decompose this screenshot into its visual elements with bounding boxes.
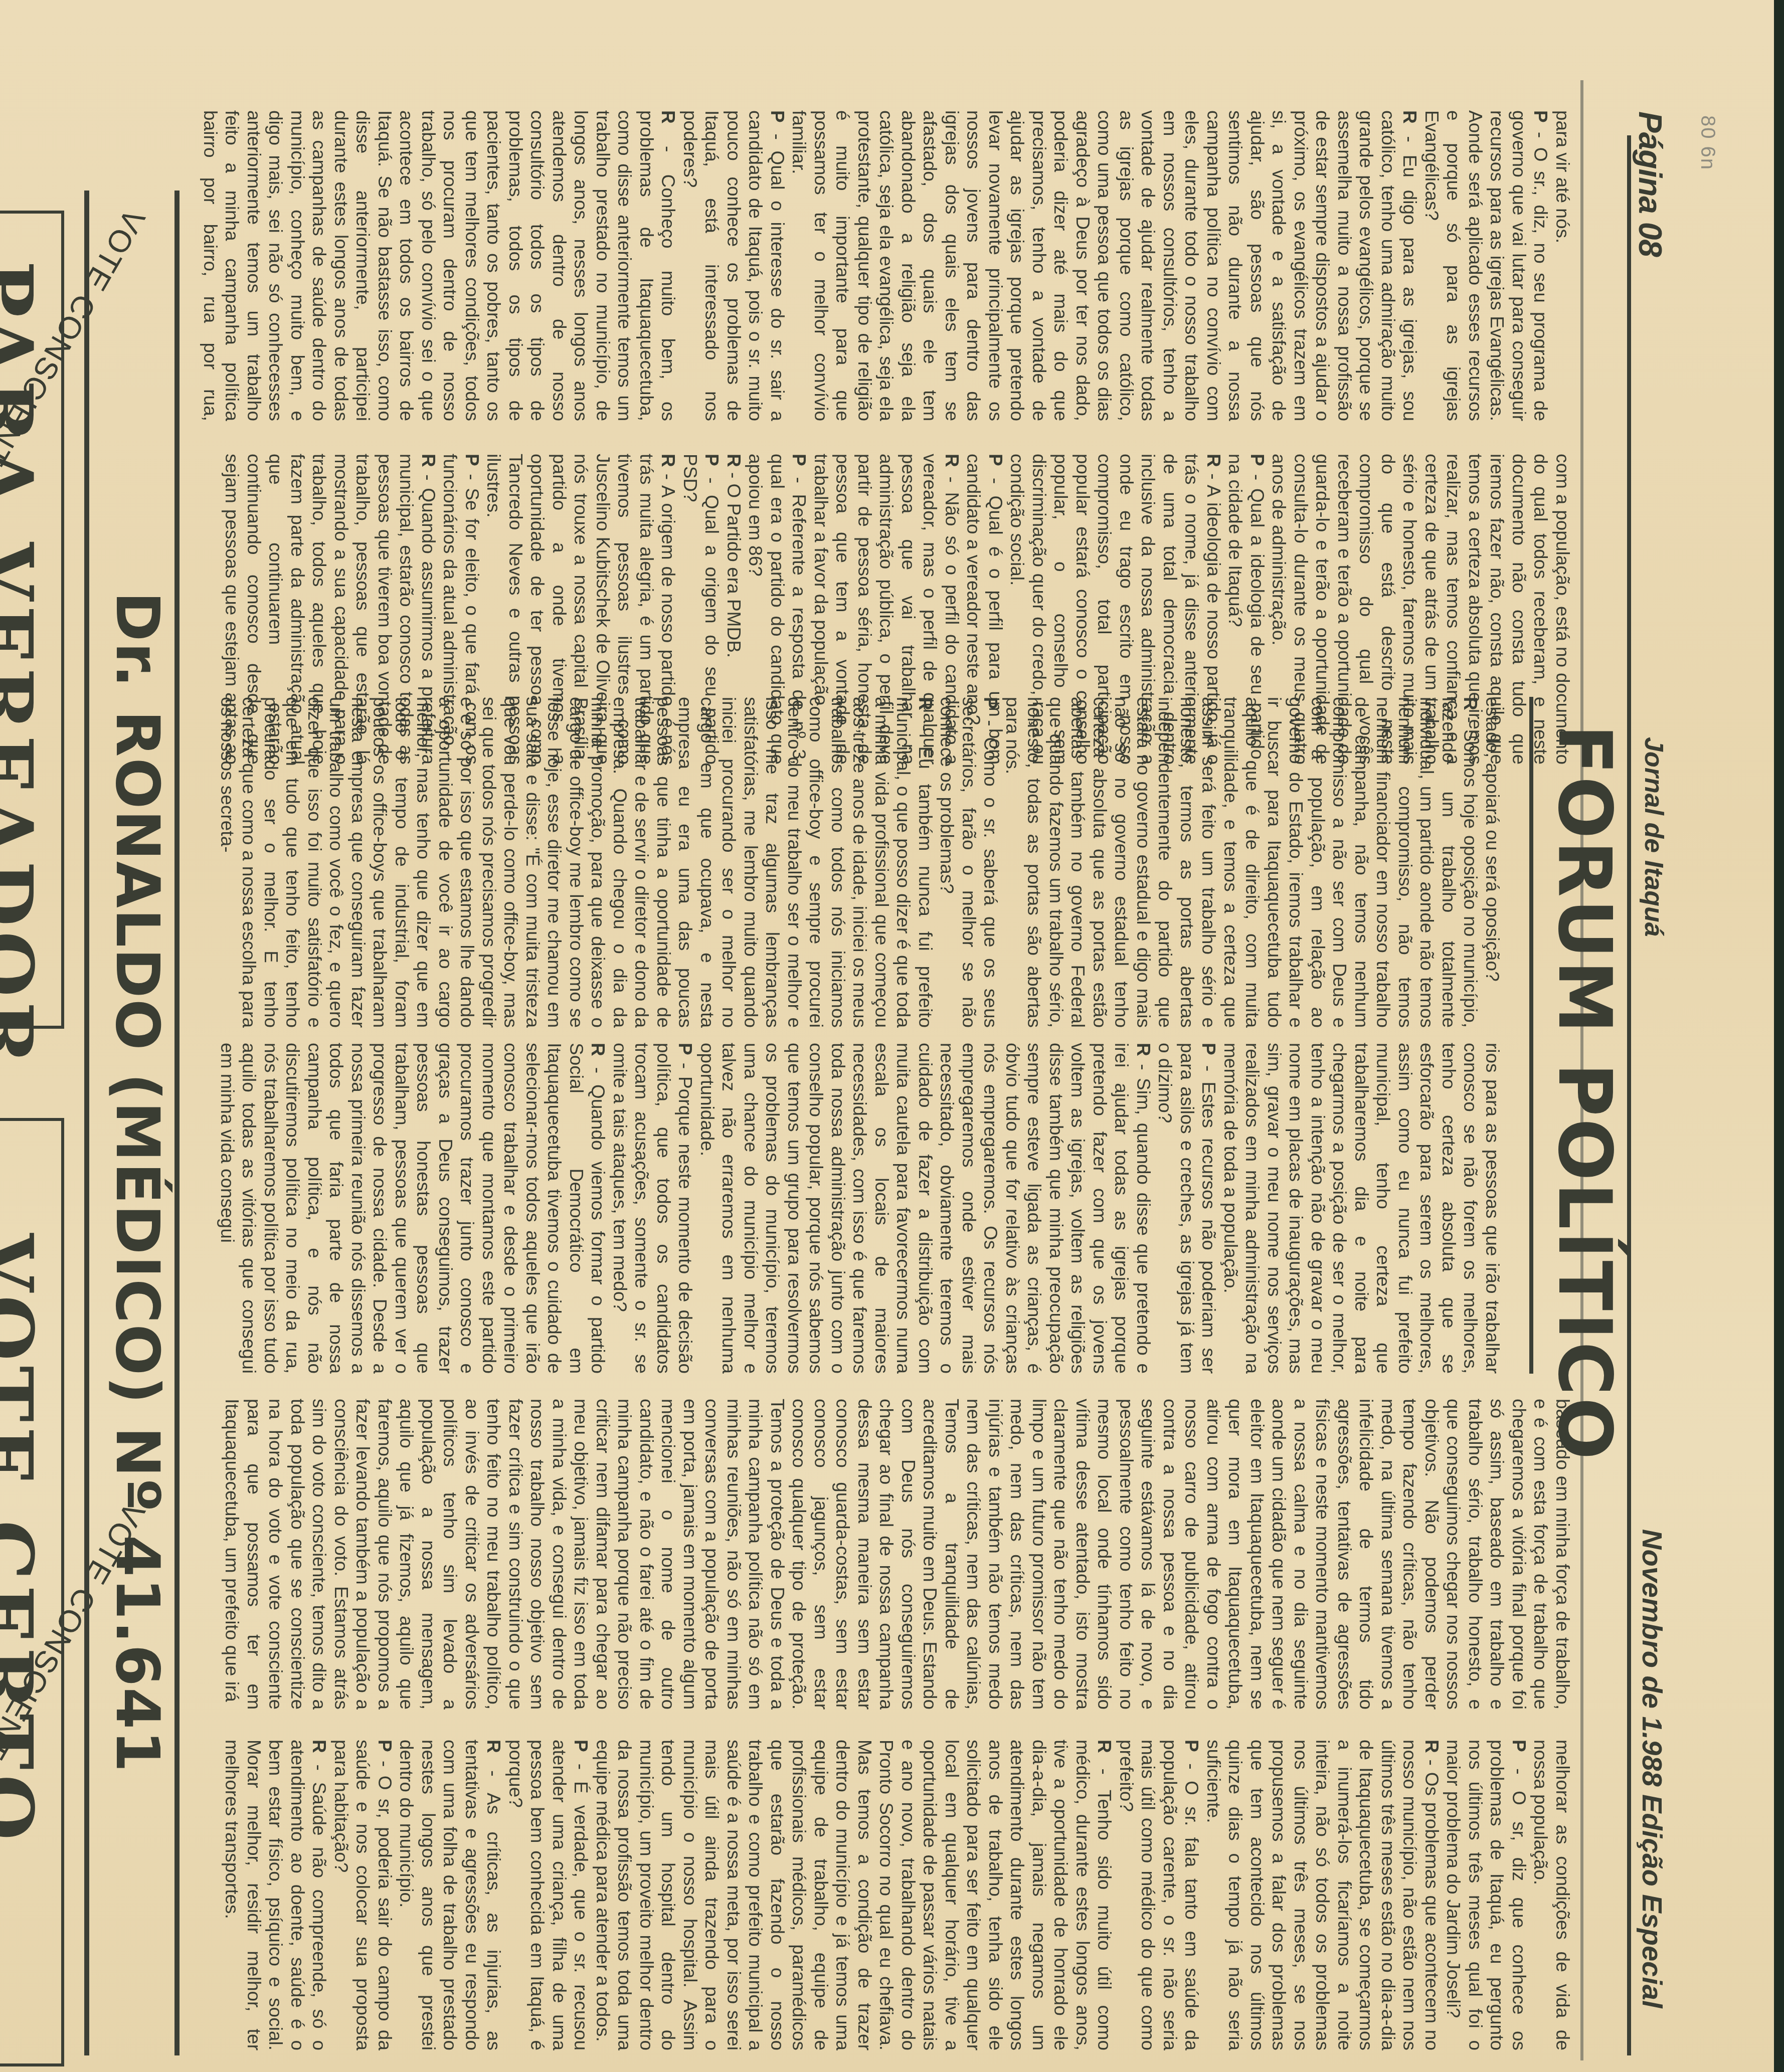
answer-paragraph: R - Quando viemos formar o partido Socia… xyxy=(217,1043,609,1374)
headline-rule xyxy=(1529,697,1533,1374)
qa-marker: P xyxy=(375,1740,395,1752)
qa-marker: R xyxy=(484,1740,504,1753)
answer-paragraph: R - Sim, quando disse que pretendo e ire… xyxy=(696,1043,1155,1374)
ad-banner-right: VOTE CERTO VOTE EM xyxy=(0,1233,49,2072)
edition-date: Novembro de 1.988 Edição Especial xyxy=(1636,1529,1669,2008)
article-column-6: melhorar as condições de vida de nossa p… xyxy=(195,1740,1573,2050)
ad-candidate-name: Dr. RONALDO (MÉDICO) Nº 41.641 xyxy=(107,592,167,1773)
article-column-1: para vir até nós.P - O sr., diz, no seu … xyxy=(195,110,1573,421)
answer-paragraph: R - Somos hoje oposição no município, fa… xyxy=(1002,697,1482,1028)
headline: FORUM POLÍTICO xyxy=(1548,724,1621,1462)
qa-marker: R xyxy=(915,697,936,710)
qa-marker: R xyxy=(1203,454,1224,467)
page-number: Página 08 xyxy=(1632,111,1669,257)
qa-marker: P xyxy=(1509,1740,1529,1752)
paragraph: para vir até nós. xyxy=(1552,110,1574,421)
paragraph: estado, apoiará ou será oposição? xyxy=(1482,697,1504,1028)
qa-marker: P xyxy=(571,1740,592,1752)
ad-banner-left: PARA VEREADOR xyxy=(0,261,49,1069)
answer-paragraph: R - Tenho sido muito útil como médico, d… xyxy=(592,1740,1116,2050)
paragraph: rios para as pessoas que irão trabalhar … xyxy=(1220,1043,1504,1374)
answer-paragraph: R - As críticas, as injurias, as tentati… xyxy=(396,1740,505,2050)
question-paragraph: P - O sr. fala tanto em saúde da populaç… xyxy=(1116,1740,1203,2050)
qa-marker: R xyxy=(1095,1740,1115,1753)
qa-marker: R xyxy=(588,1043,609,1056)
qa-marker: P xyxy=(1199,1043,1219,1055)
qa-marker: R xyxy=(658,454,679,467)
qa-marker: P xyxy=(789,454,810,466)
qa-marker: P xyxy=(767,110,788,123)
answer-paragraph: R - Eu também nunca fui prefeito municip… xyxy=(217,697,937,1028)
question-paragraph: P - O sr., diz, no seu programa de gover… xyxy=(1421,110,1552,421)
question-paragraph: P - Estes recursos não poderiam ser para… xyxy=(1154,1043,1220,1374)
answer-paragraph: R - Saúde não compreende, só o atendimen… xyxy=(221,1740,330,2050)
newspaper-name: Jornal de Itaquá xyxy=(1639,737,1669,937)
qa-marker: P xyxy=(1531,110,1551,123)
answer-paragraph: R - Eu digo para as igrejas, sou católic… xyxy=(788,110,1421,421)
article-column-4: rios para as pessoas que irão trabalhar … xyxy=(195,1043,1503,1374)
paragraph: melhorar as condições de vida de nossa p… xyxy=(1530,1740,1573,2050)
answer-paragraph: R - Os problemas que acontecem no nosso … xyxy=(1203,1740,1443,2050)
qa-marker: P xyxy=(462,454,482,466)
qa-marker: R xyxy=(942,454,962,467)
question-paragraph: P - É verdade, que o sr. recusou atender… xyxy=(505,1740,592,2050)
qa-marker: P xyxy=(985,454,1006,466)
ad-bottom-rule xyxy=(84,191,89,2055)
archive-stamp: 80 6n xyxy=(1696,115,1719,170)
question-paragraph: P - Qual o interesse do sr. sair a candi… xyxy=(679,110,789,421)
qa-marker: R xyxy=(1421,1740,1442,1753)
question-paragraph: P - Como o sr. saberá que os seus secret… xyxy=(936,697,1002,1028)
qa-marker: R xyxy=(724,454,744,467)
paragraph: baseado em minha força de trabalho, e é … xyxy=(221,1399,1573,1710)
qa-marker: P xyxy=(1182,1740,1202,1752)
article-column-5: baseado em minha força de trabalho, e é … xyxy=(195,1399,1573,1710)
qa-marker: P xyxy=(675,1043,696,1055)
qa-marker: R xyxy=(309,1740,330,1753)
qa-marker: R xyxy=(658,110,679,124)
article-column-3: estado, apoiará ou será oposição?R - Som… xyxy=(195,697,1503,1028)
qa-marker: P xyxy=(981,697,1001,709)
qa-marker: R xyxy=(1400,110,1420,124)
question-paragraph: P - O sr, poderia sair do campo da saúde… xyxy=(330,1740,396,2050)
newspaper-page: 80 6n Página 08 Jornal de Itaquá Novembr… xyxy=(0,0,1784,2072)
question-paragraph: P - O sr, diz que conhece os problemas d… xyxy=(1443,1740,1530,2050)
qa-marker: P xyxy=(702,454,723,466)
qa-marker: R xyxy=(418,454,439,467)
question-paragraph: P - Porque neste momento de decisão polí… xyxy=(609,1043,696,1374)
qa-marker: R xyxy=(1133,1043,1154,1056)
qa-marker: R xyxy=(1461,697,1481,710)
qa-marker: P xyxy=(1247,454,1268,466)
header-rule xyxy=(1627,135,1631,2055)
newspaper-scan: 80 6n Página 08 Jornal de Itaquá Novembr… xyxy=(0,0,1784,2072)
ad-top-rule xyxy=(174,191,180,2055)
